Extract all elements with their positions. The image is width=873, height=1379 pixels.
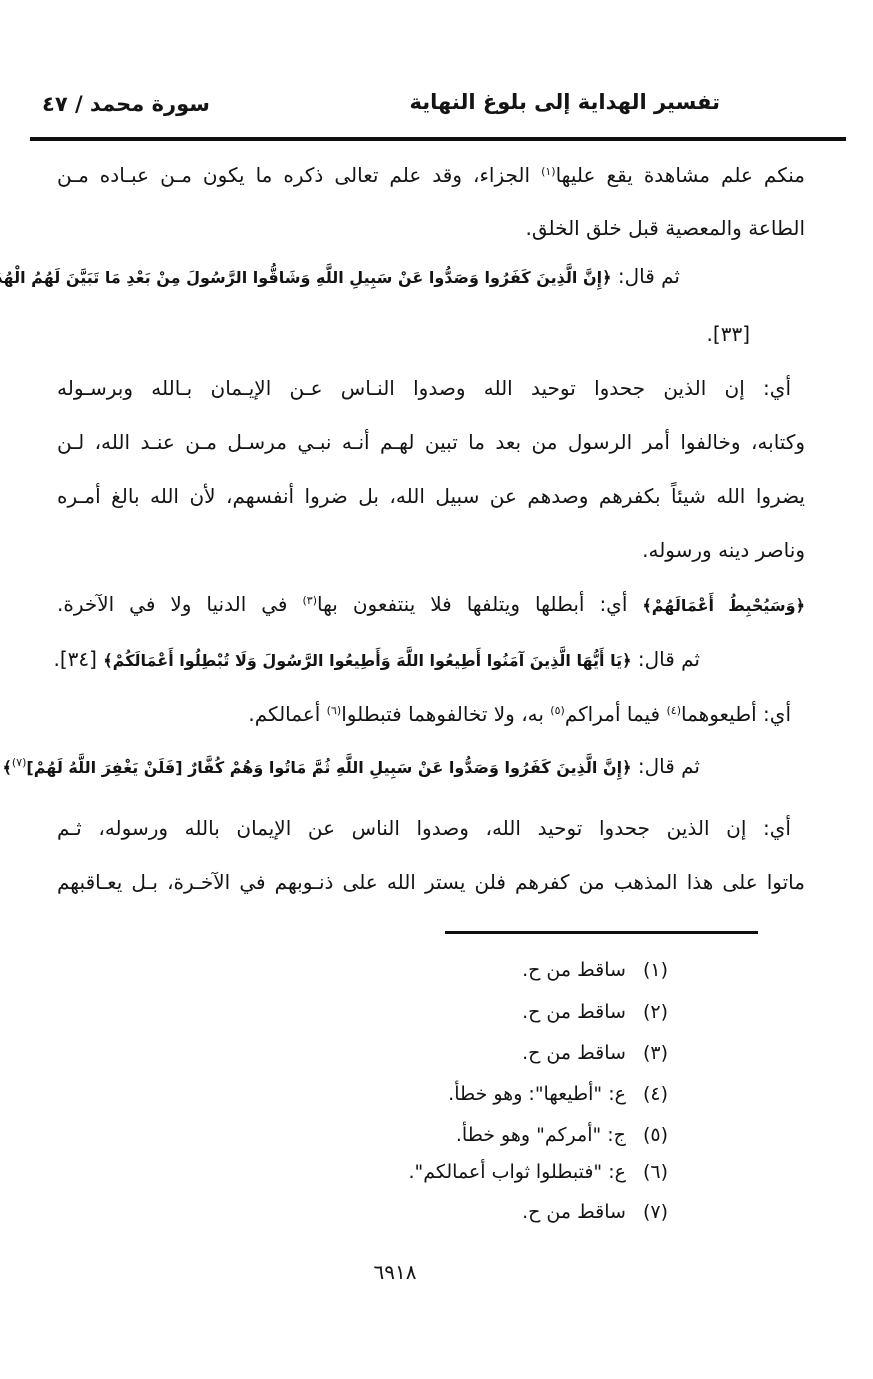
text-run: أي: أطيعوهما [681,702,791,726]
footnote-text: ع: "أطيعها": وهو خطأ. [448,1083,626,1105]
header-divider-rule [30,137,846,141]
footnote-text: ج: "أمركم" وهو خطأ. [456,1124,626,1146]
footnote-2: (٢)ساقط من ح. [522,1001,668,1023]
footnote-number: (٥) [643,1124,668,1146]
footnote-marker: (٤) [666,704,681,717]
body-line-9-quran-verse: ﴿وَسَيُحْبِطُ أَعْمَالَهُمْ﴾ أي: أبطلها … [57,589,805,620]
text-run: [٣٣]. [707,322,750,346]
text-run: أي: إن الذين جحدوا توحيد الله، وصدوا الن… [57,816,791,840]
footnote-number: (٦) [643,1161,668,1183]
footnote-marker: (٥) [550,704,565,717]
page-number: ٦٩١٨ [325,1260,465,1284]
body-line-10-quran-verse: ثم قال: ﴿يَا أَيُّهَا الَّذِينَ آمَنُوا … [57,644,805,675]
text-run: ثم قال: [631,647,700,671]
text-run: فيما أمراكم [565,702,667,726]
footnote-text: ع: "فتبطلوا ثواب أعمالكم". [408,1161,625,1183]
body-line-7: يضروا الله شيئاً بكفرهم وصدهم عن سبيل ال… [57,481,805,512]
text-run: يضروا الله شيئاً بكفرهم وصدهم عن سبيل ال… [57,484,805,508]
quran-verse-text: ﴾ [3,758,12,777]
footnote-1: (١)ساقط من ح. [522,959,668,981]
footnote-number: (٢) [643,1001,668,1023]
text-run: ماتوا على هذا المذهب من كفرهم فلن يستر ا… [57,870,805,894]
footnote-number: (٣) [643,1042,668,1064]
footnote-5: (٥)ج: "أمركم" وهو خطأ. [456,1124,668,1146]
text-run: [٣٤]. [53,647,103,671]
footnote-divider-rule [445,931,758,934]
text-run: ثم قال: [631,754,700,778]
footnote-text: ساقط من ح. [522,1201,626,1223]
quran-verse-text: ﴿إِنَّ الَّذِينَ كَفَرُوا وَصَدُّوا عَنْ… [0,268,611,287]
footnote-text: ساقط من ح. [522,959,626,981]
footnote-marker: (٦) [327,704,342,717]
text-run: به، ولا تخالفوهما فتبطلوا [341,702,550,726]
body-line-3-quran-verse: ثم قال: ﴿إِنَّ الَّذِينَ كَفَرُوا وَصَدُ… [57,261,805,292]
text-run: وناصر دينه ورسوله. [642,538,805,562]
footnote-marker: (٣) [302,594,317,607]
footnote-text: ساقط من ح. [522,1001,626,1023]
footnote-6: (٦)ع: "فتبطلوا ثواب أعمالكم". [408,1161,668,1183]
body-line-8: وناصر دينه ورسوله. [57,535,805,566]
footnote-number: (١) [643,959,668,981]
body-line-5: أي: إن الذين جحدوا توحيد الله وصدوا النـ… [57,373,805,404]
quran-verse-text: ﴿يَا أَيُّهَا الَّذِينَ آمَنُوا أَطِيعُو… [103,651,631,670]
body-line-2: الطاعة والمعصية قبل خلق الخلق. [57,213,805,244]
text-run: أي: أبطلها ويتلفها فلا ينتفعون بها [317,592,642,616]
footnote-7: (٧)ساقط من ح. [522,1201,668,1223]
text-run: ثم قال: [611,264,680,288]
body-line-11: أي: أطيعوهما(٤) فيما أمراكم(٥) به، ولا ت… [57,699,805,730]
book-page: تفسير الهداية إلى بلوغ النهاية سورة محمد… [0,0,873,1379]
footnote-4: (٤)ع: "أطيعها": وهو خطأ. [448,1083,668,1105]
text-run: في الدنيا ولا في الآخرة. [57,592,302,616]
body-line-6: وكتابه، وخالفوا أمر الرسول من بعد ما تبي… [57,427,805,458]
footnote-number: (٧) [643,1201,668,1223]
body-line-13: أي: إن الذين جحدوا توحيد الله، وصدوا الن… [57,813,805,844]
text-run: أعمالكم. [248,702,326,726]
footnote-3: (٣)ساقط من ح. [522,1042,668,1064]
footnote-marker: (٧) [12,756,27,769]
body-line-1: منكم علم مشاهدة يقع عليها(١) الجزاء، وقد… [57,160,805,191]
body-line-4-verse-number: [٣٣]. [57,319,805,350]
body-line-14: ماتوا على هذا المذهب من كفرهم فلن يستر ا… [57,867,805,898]
text-run: الجزاء، وقد علم تعالى ذكره ما يكون مـن ع… [57,163,541,187]
quran-verse-text: ﴿إِنَّ الَّذِينَ كَفَرُوا وَصَدُّوا عَنْ… [26,758,631,777]
header-book-title: تفسير الهداية إلى بلوغ النهاية [410,90,720,114]
text-run: وكتابه، وخالفوا أمر الرسول من بعد ما تبي… [57,430,805,454]
body-line-12-quran-verse: ثم قال: ﴿إِنَّ الَّذِينَ كَفَرُوا وَصَدُ… [57,751,805,782]
footnote-number: (٤) [643,1083,668,1105]
text-run: الطاعة والمعصية قبل خلق الخلق. [526,216,805,240]
text-run: أي: إن الذين جحدوا توحيد الله وصدوا النـ… [57,376,791,400]
text-run: منكم علم مشاهدة يقع عليها [556,163,805,187]
footnote-marker: (١) [541,165,556,178]
footnote-text: ساقط من ح. [522,1042,626,1064]
header-chapter-ref: سورة محمد / ٤٧ [42,92,210,116]
quran-verse-text: ﴿وَسَيُحْبِطُ أَعْمَالَهُمْ﴾ [642,596,805,615]
